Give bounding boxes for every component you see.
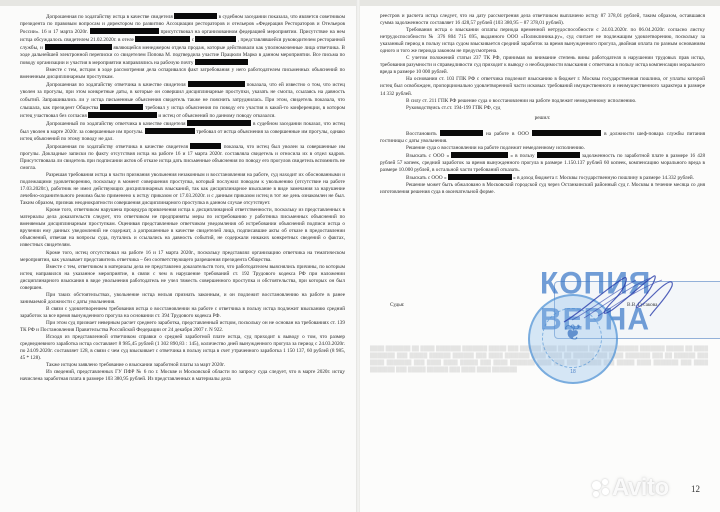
redaction-bar	[100, 104, 143, 110]
judge-label: Судья:	[390, 302, 404, 308]
document-page-left: Допрошенная по ходатайству истца в качес…	[0, 6, 358, 512]
paragraph: При этом суд признает неверным расчет ср…	[20, 320, 345, 334]
text-run: При таких обстоятельствах, увольнение ис…	[20, 292, 345, 305]
text-run: На основании ст. 103 ГПК РФ с ответчика …	[380, 76, 705, 96]
paragraph: реестров и расчета истца следует, что на…	[380, 13, 705, 27]
paragraph: На основании ст. 103 ГПК РФ с ответчика …	[380, 76, 705, 97]
text-run: Вместе с тем, ответчиком в материалы дел…	[20, 264, 345, 291]
text-run: С учетом положений статьи 237 ТК РФ, при…	[380, 55, 705, 75]
document-page-right: ████ ███████ ██ ████ ███████ ███████ ███…	[358, 6, 720, 512]
text-run: Кроме того, истец отсутствовал на работе…	[20, 250, 345, 263]
paragraph: В связи с удовлетворением требования ист…	[20, 306, 345, 320]
text-run: » в пользу	[510, 153, 534, 159]
book-fold	[356, 0, 360, 512]
paragraph: Взыскать с ООО « » в доход бюджета г. Мо…	[380, 174, 705, 182]
redaction-bar	[440, 130, 483, 136]
text-run: Руководствуясь ст.ст. 194-199 ГПК РФ, су…	[406, 105, 500, 111]
avito-watermark: Avito	[612, 474, 669, 502]
paragraph: Допрошенная по ходатайству истца в качес…	[20, 13, 345, 67]
text-run: Из сведений, представленных ГУ ПФР № 6 п…	[20, 369, 345, 382]
left-page-text: Допрошенная по ходатайству истца в качес…	[20, 13, 345, 383]
paragraph: Допрошенная по ходатайству ответчика в к…	[20, 143, 345, 172]
paragraph: Кроме того, ответчиком нарушена процедур…	[20, 207, 345, 249]
redaction-bar	[135, 36, 190, 42]
redaction-bar	[448, 174, 512, 180]
judge-signature	[554, 270, 694, 330]
seal-number: 18	[530, 369, 616, 375]
paragraph: Из сведений, представленных ГУ ПФР № 6 п…	[20, 369, 345, 383]
redaction-bar	[45, 44, 112, 50]
text-run: Взыскать с ООО «	[406, 153, 449, 159]
text-run: Кроме того, ответчиком нарушена процедур…	[20, 207, 345, 248]
text-run: Вместе с тем, истцом в ходе рассмотрения…	[20, 67, 345, 80]
text-run: и истец от объяснений по данному поводу …	[158, 113, 275, 119]
text-run: Допрошенная по ходатайству ответчика в к…	[46, 82, 186, 88]
text-run: Разрешая требования истца в части призна…	[20, 172, 345, 206]
paragraph: Решение может быть обжаловано в Московск…	[380, 182, 705, 196]
redaction-bar	[190, 143, 221, 149]
text-run: При этом суд признает неверным расчет ср…	[20, 320, 345, 333]
avito-logo-icon	[590, 479, 612, 499]
watermark-text: Avito	[612, 474, 669, 501]
text-run: Допрошенная по ходатайству ответчика в к…	[46, 144, 188, 150]
redaction-bar	[188, 81, 245, 87]
paragraph: Восстановить на работе в ООО в должности…	[380, 130, 705, 145]
paragraph: Руководствуясь ст.ст. 194-199 ГПК РФ, су…	[380, 105, 705, 112]
paragraph: Разрешая требования истца в части призна…	[20, 172, 345, 207]
text-run: Решение суда о восстановлении на работе …	[406, 145, 585, 151]
paragraph: Требования истца о взыскании оплаты пери…	[380, 27, 705, 55]
text-run: В силу ст. 211 ГПК РФ решение суда о вос…	[406, 98, 636, 104]
text-run: с	[192, 37, 194, 43]
paragraph: В силу ст. 211 ГПК РФ решение суда о вос…	[380, 98, 705, 105]
text-run: Восстановить	[406, 131, 437, 137]
redaction-bar	[451, 152, 508, 158]
redaction-bar	[532, 130, 601, 136]
text-run: Также истцом заявлено требование о взыск…	[46, 362, 225, 368]
redaction-bar	[537, 152, 580, 158]
redaction-bar	[90, 28, 159, 34]
paragraph: Вместе с тем, ответчиком в материалы дел…	[20, 264, 345, 292]
text-run: на работе в ООО	[486, 131, 529, 137]
text-run: Допрошенная по ходатайству истца в качес…	[46, 14, 173, 20]
paragraph: При таких обстоятельствах, увольнение ис…	[20, 292, 345, 306]
text-run: Требования истца о взыскании оплаты пери…	[380, 27, 705, 54]
paragraph: Допрошенный по ходатайству ответчика в к…	[20, 120, 345, 143]
redaction-bar	[187, 120, 251, 126]
text-run: Исходя из представленной ответчиком спра…	[20, 334, 345, 361]
paragraph: Исходя из представленной ответчиком спра…	[20, 334, 345, 362]
paragraph: Решение суда о восстановлении на работе …	[380, 145, 705, 152]
text-run: » в доход бюджета г. Москвы государствен…	[513, 175, 694, 181]
redaction-bar	[88, 112, 157, 118]
redaction-bar	[195, 36, 236, 42]
paragraph: Вместе с тем, истцом в ходе рассмотрения…	[20, 67, 345, 81]
page-number: 12	[691, 484, 700, 494]
text-run: Допрошенный по ходатайству ответчика в к…	[46, 121, 186, 127]
text-run: реестров и расчета истца следует, что на…	[380, 13, 705, 26]
paragraph: Взыскать с ООО « » в пользу задолженност…	[380, 152, 705, 174]
paragraph: Допрошенная по ходатайству ответчика в к…	[20, 81, 345, 119]
paragraph: Кроме того, истец отсутствовал на работе…	[20, 250, 345, 264]
redaction-bar	[145, 128, 195, 134]
redaction-bar	[174, 13, 217, 19]
right-page-text: реестров и расчета истца следует, что на…	[380, 13, 705, 196]
paragraph: С учетом положений статьи 237 ТК РФ, при…	[380, 55, 705, 76]
text-run: Решение может быть обжаловано в Московск…	[380, 182, 705, 195]
text-run: В связи с удовлетворением требования ист…	[20, 306, 345, 319]
decision-heading: решил:	[380, 115, 705, 122]
text-run: Взыскать с ООО «	[406, 175, 447, 181]
redaction-bar	[195, 59, 248, 65]
